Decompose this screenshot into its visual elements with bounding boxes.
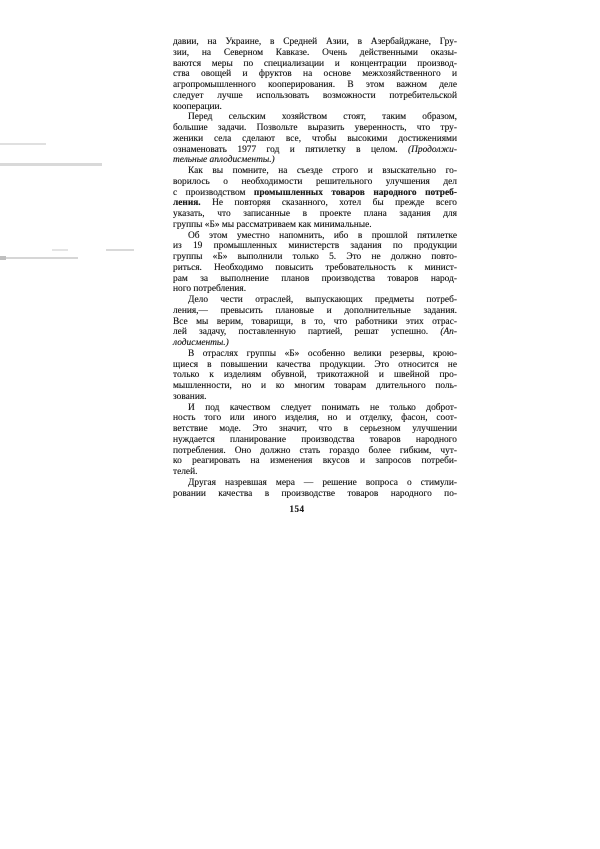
text-line: с производством промышленных товаров нар… <box>173 188 457 199</box>
body-text: лей задачу, поставленную партией, решат … <box>173 327 440 337</box>
text-line: лодисменты.) <box>173 338 457 349</box>
bold-text: ления. <box>173 198 201 208</box>
body-text: Все мы верим, товарищи, в то, что работн… <box>173 317 457 327</box>
text-line: только к изделиям обувной, трикотажной и… <box>173 370 457 381</box>
body-text: Об этом уместно напомнить, ибо в прошлой… <box>188 231 457 241</box>
text-line: тельные аплодисменты.) <box>173 155 457 166</box>
scan-smudge <box>106 249 134 251</box>
scan-smudge <box>0 256 6 260</box>
body-text: кооперации. <box>173 102 222 112</box>
text-block: давии, на Украине, в Средней Азии, в Азе… <box>173 37 457 499</box>
paragraph: Перед сельским хозяйством стоят, таким о… <box>173 112 457 166</box>
text-line: риться. Необходимо повысить требовательн… <box>173 263 457 274</box>
text-line: группы «Б» мы рассматриваем как минималь… <box>173 220 457 231</box>
body-text: ветствие моде. Это значит, что в серьезн… <box>173 424 457 434</box>
body-text: рам за выполнение планов производства то… <box>173 274 457 284</box>
body-text: ко реагировать на изменения вкусов и зап… <box>173 456 457 466</box>
body-text: большие задачи. Позвольте выразить увере… <box>173 123 457 133</box>
body-text: следует лучше использовать возможности п… <box>173 91 457 101</box>
text-line: ления,— превысить плановые и дополнитель… <box>173 306 457 317</box>
body-text: Другая назревшая мера — решение вопроса … <box>188 478 457 488</box>
italic-text: тельные аплодисменты.) <box>173 155 275 165</box>
text-line: группы «Б» выполнили только 5. Это не до… <box>173 252 457 263</box>
page-number: 154 <box>247 504 347 514</box>
text-line: мышленности, но и ко многим товарам длит… <box>173 381 457 392</box>
body-text: ность того или иного изделия, но и отдел… <box>173 413 457 423</box>
body-text: ровании качества в производстве товаров … <box>173 489 457 499</box>
text-line: следует лучше использовать возможности п… <box>173 91 457 102</box>
text-line: ко реагировать на изменения вкусов и зап… <box>173 456 457 467</box>
bold-text: промышленных товаров народного потреб- <box>254 188 457 198</box>
body-text: Перед сельским хозяйством стоят, таким о… <box>188 112 457 122</box>
body-text: риться. Необходимо повысить требовательн… <box>173 263 457 273</box>
body-text: из 19 промышленных министерств задания п… <box>173 241 457 251</box>
text-line: Как вы помните, на съезде строго и взыск… <box>173 166 457 177</box>
paragraph: Другая назревшая мера — решение вопроса … <box>173 478 457 500</box>
body-text: агропромышленного кооперирования. В этом… <box>173 80 457 90</box>
body-text: потребления. Оно должно стать гораздо бо… <box>173 446 457 456</box>
scan-smudge <box>0 257 78 259</box>
text-line: большие задачи. Позвольте выразить увере… <box>173 123 457 134</box>
text-line: ровании качества в производстве товаров … <box>173 489 457 500</box>
body-text: щиеся в повышении качества продукции. Эт… <box>173 360 457 370</box>
body-text: Дело чести отраслей, выпускающих предмет… <box>188 295 457 305</box>
italic-text: (Ап- <box>440 327 457 337</box>
body-text: только к изделиям обувной, трикотажной и… <box>173 370 457 380</box>
text-line: нуждается планирование производства това… <box>173 435 457 446</box>
body-text: И под качеством следует понимать не толь… <box>188 403 457 413</box>
body-text: группы «Б» мы рассматриваем как минималь… <box>173 220 372 230</box>
text-line: ного потребления. <box>173 284 457 295</box>
paragraph: Об этом уместно напомнить, ибо в прошлой… <box>173 231 457 296</box>
paragraph: Дело чести отраслей, выпускающих предмет… <box>173 295 457 349</box>
text-line: агропромышленного кооперирования. В этом… <box>173 80 457 91</box>
text-line: зования. <box>173 392 457 403</box>
scanned-page: давии, на Украине, в Средней Азии, в Азе… <box>0 0 600 849</box>
text-line: Все мы верим, товарищи, в то, что работн… <box>173 317 457 328</box>
text-line: ства овощей и фруктов на основе межхозяй… <box>173 69 457 80</box>
text-line: ветствие моде. Это значит, что в серьезн… <box>173 424 457 435</box>
body-text: мышленности, но и ко многим товарам длит… <box>173 381 457 391</box>
text-line: зии, на Северном Кавказе. Очень действен… <box>173 48 457 59</box>
text-line: рам за выполнение планов производства то… <box>173 274 457 285</box>
body-text: женики села сделают все, чтобы высокими … <box>173 134 457 144</box>
text-line: лей задачу, поставленную партией, решат … <box>173 327 457 338</box>
body-text: нуждается планирование производства това… <box>173 435 457 445</box>
text-line: женики села сделают все, чтобы высокими … <box>173 134 457 145</box>
text-line: ворилось о необходимости решительного ул… <box>173 177 457 188</box>
text-line: И под качеством следует понимать не толь… <box>173 403 457 414</box>
text-line: кооперации. <box>173 102 457 113</box>
body-text: указать, что записанные в проекте плана … <box>173 209 457 219</box>
text-line: Перед сельским хозяйством стоят, таким о… <box>173 112 457 123</box>
text-line: давии, на Украине, в Средней Азии, в Азе… <box>173 37 457 48</box>
paragraph: И под качеством следует понимать не толь… <box>173 403 457 478</box>
text-line: В отраслях группы «Б» особенно велики ре… <box>173 349 457 360</box>
text-line: ваются меры по специализации и концентра… <box>173 59 457 70</box>
text-line: потребления. Оно должно стать гораздо бо… <box>173 446 457 457</box>
text-line: Об этом уместно напомнить, ибо в прошлой… <box>173 231 457 242</box>
body-text: с производством <box>173 188 254 198</box>
text-line: Дело чести отраслей, выпускающих предмет… <box>173 295 457 306</box>
text-line: из 19 промышленных министерств задания п… <box>173 241 457 252</box>
body-text: Не повторяя сказанного, хотел бы прежде … <box>201 198 457 208</box>
text-line: ления. Не повторяя сказанного, хотел бы … <box>173 198 457 209</box>
body-text: ваются меры по специализации и концентра… <box>173 59 457 69</box>
body-text: В отраслях группы «Б» особенно велики ре… <box>188 349 457 359</box>
paragraph: В отраслях группы «Б» особенно велики ре… <box>173 349 457 403</box>
body-text: давии, на Украине, в Средней Азии, в Азе… <box>173 37 457 47</box>
body-text: зии, на Северном Кавказе. Очень действен… <box>173 48 457 58</box>
body-text: группы «Б» выполнили только 5. Это не до… <box>173 252 457 262</box>
italic-text: лодисменты.) <box>173 338 229 348</box>
body-text: ворилось о необходимости решительного ул… <box>173 177 457 187</box>
body-text: зования. <box>173 392 207 402</box>
text-line: щиеся в повышении качества продукции. Эт… <box>173 360 457 371</box>
body-text: ознаменовать 1977 год и пятилетку в цело… <box>173 145 408 155</box>
text-line: ознаменовать 1977 год и пятилетку в цело… <box>173 145 457 156</box>
body-text: ства овощей и фруктов на основе межхозяй… <box>173 69 457 79</box>
body-text: ления,— превысить плановые и дополнитель… <box>173 306 457 316</box>
scan-smudge <box>0 143 46 145</box>
scan-smudge <box>0 163 102 166</box>
italic-text: (Продолжи- <box>408 145 457 155</box>
paragraph: давии, на Украине, в Средней Азии, в Азе… <box>173 37 457 112</box>
text-line: телей. <box>173 467 457 478</box>
text-line: указать, что записанные в проекте плана … <box>173 209 457 220</box>
body-text: ного потребления. <box>173 284 246 294</box>
body-text: Как вы помните, на съезде строго и взыск… <box>188 166 457 176</box>
paragraph: Как вы помните, на съезде строго и взыск… <box>173 166 457 231</box>
text-line: ность того или иного изделия, но и отдел… <box>173 413 457 424</box>
body-text: телей. <box>173 467 197 477</box>
scan-smudge <box>52 249 68 251</box>
text-line: Другая назревшая мера — решение вопроса … <box>173 478 457 489</box>
